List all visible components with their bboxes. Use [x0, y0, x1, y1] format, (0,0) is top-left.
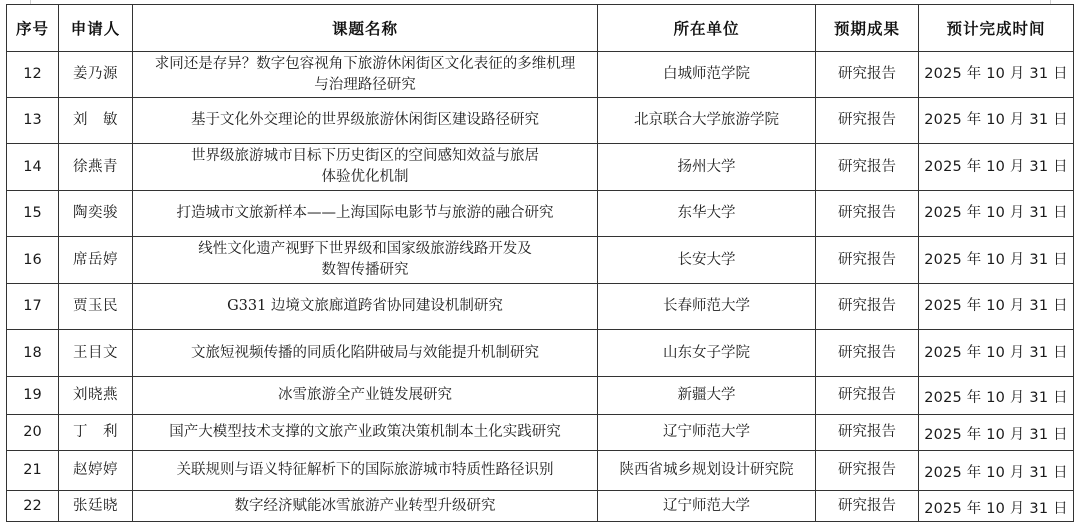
row-institution: 辽宁师范大学 [598, 415, 816, 451]
header-topic: 课题名称 [133, 5, 598, 52]
header-row: 序号 申请人 课题名称 所在单位 预期成果 预计完成时间 [7, 5, 1074, 52]
row-index: 17 [7, 284, 59, 330]
table-row: 13 刘 敏 基于文化外交理论的世界级旅游休闲街区建设路径研究 北京联合大学旅游… [7, 98, 1074, 144]
row-topic: 基于文化外交理论的世界级旅游休闲街区建设路径研究 [133, 98, 598, 144]
row-institution: 山东女子学院 [598, 330, 816, 377]
row-completion-date: 2025 年 10 月 31 日 [919, 330, 1074, 377]
row-completion-date: 2025 年 10 月 31 日 [919, 52, 1074, 98]
row-expected-output: 研究报告 [816, 284, 919, 330]
row-applicant: 刘 敏 [59, 98, 133, 144]
row-institution: 东华大学 [598, 191, 816, 237]
row-applicant: 张廷晓 [59, 491, 133, 522]
row-topic: 国产大模型技术支撑的文旅产业政策决策机制本土化实践研究 [133, 415, 598, 451]
row-topic-line2: 与治理路径研究 [141, 75, 589, 96]
row-completion-date: 2025 年 10 月 31 日 [919, 415, 1074, 451]
row-topic-line2: 数智传播研究 [141, 260, 589, 281]
row-index: 22 [7, 491, 59, 522]
row-topic: 线性文化遗产视野下世界级和国家级旅游线路开发及 数智传播研究 [133, 237, 598, 284]
row-index: 13 [7, 98, 59, 144]
row-completion-date: 2025 年 10 月 31 日 [919, 237, 1074, 284]
row-topic-line1: 关联规则与语义特征解析下的国际旅游城市特质性路径识别 [141, 460, 589, 481]
row-topic: 世界级旅游城市目标下历史街区的空间感知效益与旅居 体验优化机制 [133, 144, 598, 191]
row-topic-line1: G331 边境文旅廊道跨省协同建设机制研究 [141, 296, 589, 317]
row-expected-output: 研究报告 [816, 191, 919, 237]
table-row: 15 陶奕骏 打造城市文旅新样本——上海国际电影节与旅游的融合研究 东华大学 研… [7, 191, 1074, 237]
header-institution: 所在单位 [598, 5, 816, 52]
row-expected-output: 研究报告 [816, 237, 919, 284]
row-topic-line1: 求同还是存异？数字包容视角下旅游休闲街区文化表征的多维机理 [141, 54, 589, 75]
row-index: 12 [7, 52, 59, 98]
row-index: 21 [7, 451, 59, 491]
header-expected-output: 预期成果 [816, 5, 919, 52]
row-topic-line2: 体验优化机制 [141, 167, 589, 188]
row-topic-line1: 冰雪旅游全产业链发展研究 [141, 385, 589, 406]
row-institution: 白城师范学院 [598, 52, 816, 98]
table-row: 20 丁 利 国产大模型技术支撑的文旅产业政策决策机制本土化实践研究 辽宁师范大… [7, 415, 1074, 451]
table-row: 14 徐燕青 世界级旅游城市目标下历史街区的空间感知效益与旅居 体验优化机制 扬… [7, 144, 1074, 191]
row-index: 18 [7, 330, 59, 377]
row-completion-date: 2025 年 10 月 31 日 [919, 284, 1074, 330]
row-expected-output: 研究报告 [816, 491, 919, 522]
row-completion-date: 2025 年 10 月 31 日 [919, 191, 1074, 237]
row-expected-output: 研究报告 [816, 451, 919, 491]
row-topic-line1: 打造城市文旅新样本——上海国际电影节与旅游的融合研究 [141, 203, 589, 224]
row-institution: 长安大学 [598, 237, 816, 284]
row-topic-line1: 基于文化外交理论的世界级旅游休闲街区建设路径研究 [141, 110, 589, 131]
header-index: 序号 [7, 5, 59, 52]
row-applicant: 姜乃源 [59, 52, 133, 98]
row-applicant: 赵婷婷 [59, 451, 133, 491]
table-row: 21 赵婷婷 关联规则与语义特征解析下的国际旅游城市特质性路径识别 陕西省城乡规… [7, 451, 1074, 491]
row-topic-line1: 世界级旅游城市目标下历史街区的空间感知效益与旅居 [141, 146, 589, 167]
table-row: 19 刘晓燕 冰雪旅游全产业链发展研究 新疆大学 研究报告 2025 年 10 … [7, 377, 1074, 415]
row-completion-date: 2025 年 10 月 31 日 [919, 98, 1074, 144]
row-applicant: 丁 利 [59, 415, 133, 451]
row-expected-output: 研究报告 [816, 144, 919, 191]
row-applicant: 席岳婷 [59, 237, 133, 284]
table-row: 18 王目文 文旅短视频传播的同质化陷阱破局与效能提升机制研究 山东女子学院 研… [7, 330, 1074, 377]
row-topic: 文旅短视频传播的同质化陷阱破局与效能提升机制研究 [133, 330, 598, 377]
table-row: 22 张廷晓 数字经济赋能冰雪旅游产业转型升级研究 辽宁师范大学 研究报告 20… [7, 491, 1074, 522]
row-expected-output: 研究报告 [816, 330, 919, 377]
row-expected-output: 研究报告 [816, 98, 919, 144]
row-institution: 北京联合大学旅游学院 [598, 98, 816, 144]
row-index: 20 [7, 415, 59, 451]
table-row: 12 姜乃源 求同还是存异？数字包容视角下旅游休闲街区文化表征的多维机理 与治理… [7, 52, 1074, 98]
row-topic-line1: 国产大模型技术支撑的文旅产业政策决策机制本土化实践研究 [141, 422, 589, 443]
row-completion-date: 2025 年 10 月 31 日 [919, 451, 1074, 491]
row-institution: 辽宁师范大学 [598, 491, 816, 522]
row-expected-output: 研究报告 [816, 415, 919, 451]
row-applicant: 徐燕青 [59, 144, 133, 191]
row-topic-line1: 线性文化遗产视野下世界级和国家级旅游线路开发及 [141, 239, 589, 260]
row-institution: 陕西省城乡规划设计研究院 [598, 451, 816, 491]
row-topic: 数字经济赋能冰雪旅游产业转型升级研究 [133, 491, 598, 522]
row-topic-line1: 文旅短视频传播的同质化陷阱破局与效能提升机制研究 [141, 343, 589, 364]
row-completion-date: 2025 年 10 月 31 日 [919, 377, 1074, 415]
row-applicant: 刘晓燕 [59, 377, 133, 415]
row-topic: 求同还是存异？数字包容视角下旅游休闲街区文化表征的多维机理 与治理路径研究 [133, 52, 598, 98]
row-institution: 新疆大学 [598, 377, 816, 415]
row-index: 19 [7, 377, 59, 415]
row-topic-line1: 数字经济赋能冰雪旅游产业转型升级研究 [141, 496, 589, 517]
header-applicant: 申请人 [59, 5, 133, 52]
row-index: 16 [7, 237, 59, 284]
table-row: 17 贾玉民 G331 边境文旅廊道跨省协同建设机制研究 长春师范大学 研究报告… [7, 284, 1074, 330]
project-list-table: 序号 申请人 课题名称 所在单位 预期成果 预计完成时间 12 姜乃源 求同还是… [6, 4, 1074, 522]
header-completion-date: 预计完成时间 [919, 5, 1074, 52]
row-institution: 长春师范大学 [598, 284, 816, 330]
row-expected-output: 研究报告 [816, 52, 919, 98]
row-completion-date: 2025 年 10 月 31 日 [919, 144, 1074, 191]
row-topic: 打造城市文旅新样本——上海国际电影节与旅游的融合研究 [133, 191, 598, 237]
row-topic: 冰雪旅游全产业链发展研究 [133, 377, 598, 415]
row-applicant: 王目文 [59, 330, 133, 377]
row-expected-output: 研究报告 [816, 377, 919, 415]
row-topic: G331 边境文旅廊道跨省协同建设机制研究 [133, 284, 598, 330]
row-topic: 关联规则与语义特征解析下的国际旅游城市特质性路径识别 [133, 451, 598, 491]
row-index: 15 [7, 191, 59, 237]
table-row: 16 席岳婷 线性文化遗产视野下世界级和国家级旅游线路开发及 数智传播研究 长安… [7, 237, 1074, 284]
row-applicant: 陶奕骏 [59, 191, 133, 237]
row-completion-date: 2025 年 10 月 31 日 [919, 491, 1074, 522]
row-index: 14 [7, 144, 59, 191]
row-institution: 扬州大学 [598, 144, 816, 191]
row-applicant: 贾玉民 [59, 284, 133, 330]
